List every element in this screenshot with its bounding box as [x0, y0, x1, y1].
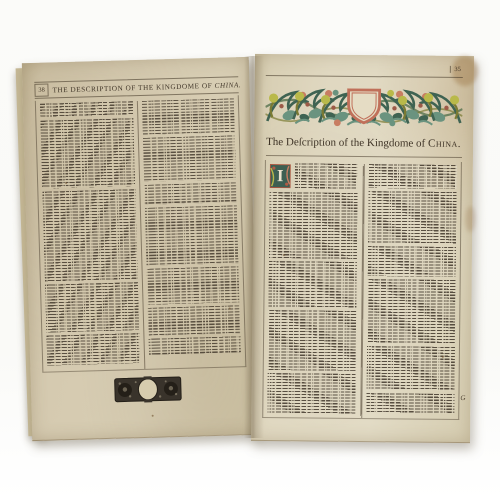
text-line-block [268, 261, 356, 308]
headpiece-ornament [265, 84, 462, 132]
foxing-speck [152, 415, 154, 417]
text-line-block [147, 305, 240, 336]
foxing-speck [65, 182, 67, 184]
foxing-speck [283, 254, 285, 256]
stain [465, 206, 475, 232]
text-line-block [142, 135, 236, 182]
text-line-block [369, 164, 457, 189]
running-title-text: THE DESCRIPTION OF THE KINGDOME OF [52, 81, 212, 93]
text-line-block [40, 101, 133, 118]
text-line-block [366, 393, 454, 414]
drop-cap-letter: I [270, 164, 291, 188]
tailpiece-ornament [114, 375, 183, 404]
text-line-block [267, 373, 355, 414]
right-column-2 [361, 164, 461, 419]
text-line-block [46, 333, 139, 366]
headpiece-woodcut-icon [265, 84, 462, 132]
text-line-block [45, 282, 139, 333]
text-line-block [144, 205, 238, 266]
page-title: The Deſcription of the Kingdome of China… [266, 136, 462, 158]
antique-book-spread-photo: 38 THE DESCRIPTION OF THE KINGDOME OF CH… [0, 0, 500, 500]
text-line-block [368, 191, 457, 244]
left-page: 38 THE DESCRIPTION OF THE KINGDOME OF CH… [22, 57, 259, 441]
page-title-china: China. [428, 138, 461, 150]
foxing-speck [229, 308, 231, 310]
text-line-block [40, 118, 134, 189]
right-page-number: 35 [449, 66, 461, 73]
text-line-block [148, 336, 241, 355]
tailpiece-woodcut-icon [114, 375, 183, 404]
text-line-block [367, 279, 456, 344]
page-title-text: The Deſcription of the Kingdome of [266, 136, 425, 150]
drop-cap-initial: I [270, 164, 291, 188]
right-page: 35 [251, 54, 474, 443]
signature-mark: G [460, 394, 465, 402]
running-title: THE DESCRIPTION OF THE KINGDOME OF CHINA… [52, 81, 241, 94]
right-page-text-columns [262, 160, 462, 420]
text-line-block [144, 182, 237, 205]
text-line-block [141, 98, 234, 135]
text-line-block [269, 192, 358, 259]
left-page-number: 38 [34, 84, 48, 97]
right-column-1 [263, 163, 362, 418]
left-column-1 [36, 101, 144, 372]
text-line-block [368, 246, 456, 277]
text-line-block [367, 346, 455, 391]
text-line-block [42, 189, 137, 282]
left-column-2 [136, 98, 245, 369]
frame-top-rule [266, 75, 463, 78]
text-line-block [146, 266, 239, 305]
text-line-block [268, 310, 357, 371]
running-title-china: CHINA. [214, 81, 241, 90]
foxing-speck [442, 356, 444, 358]
left-page-text-columns [35, 95, 247, 373]
